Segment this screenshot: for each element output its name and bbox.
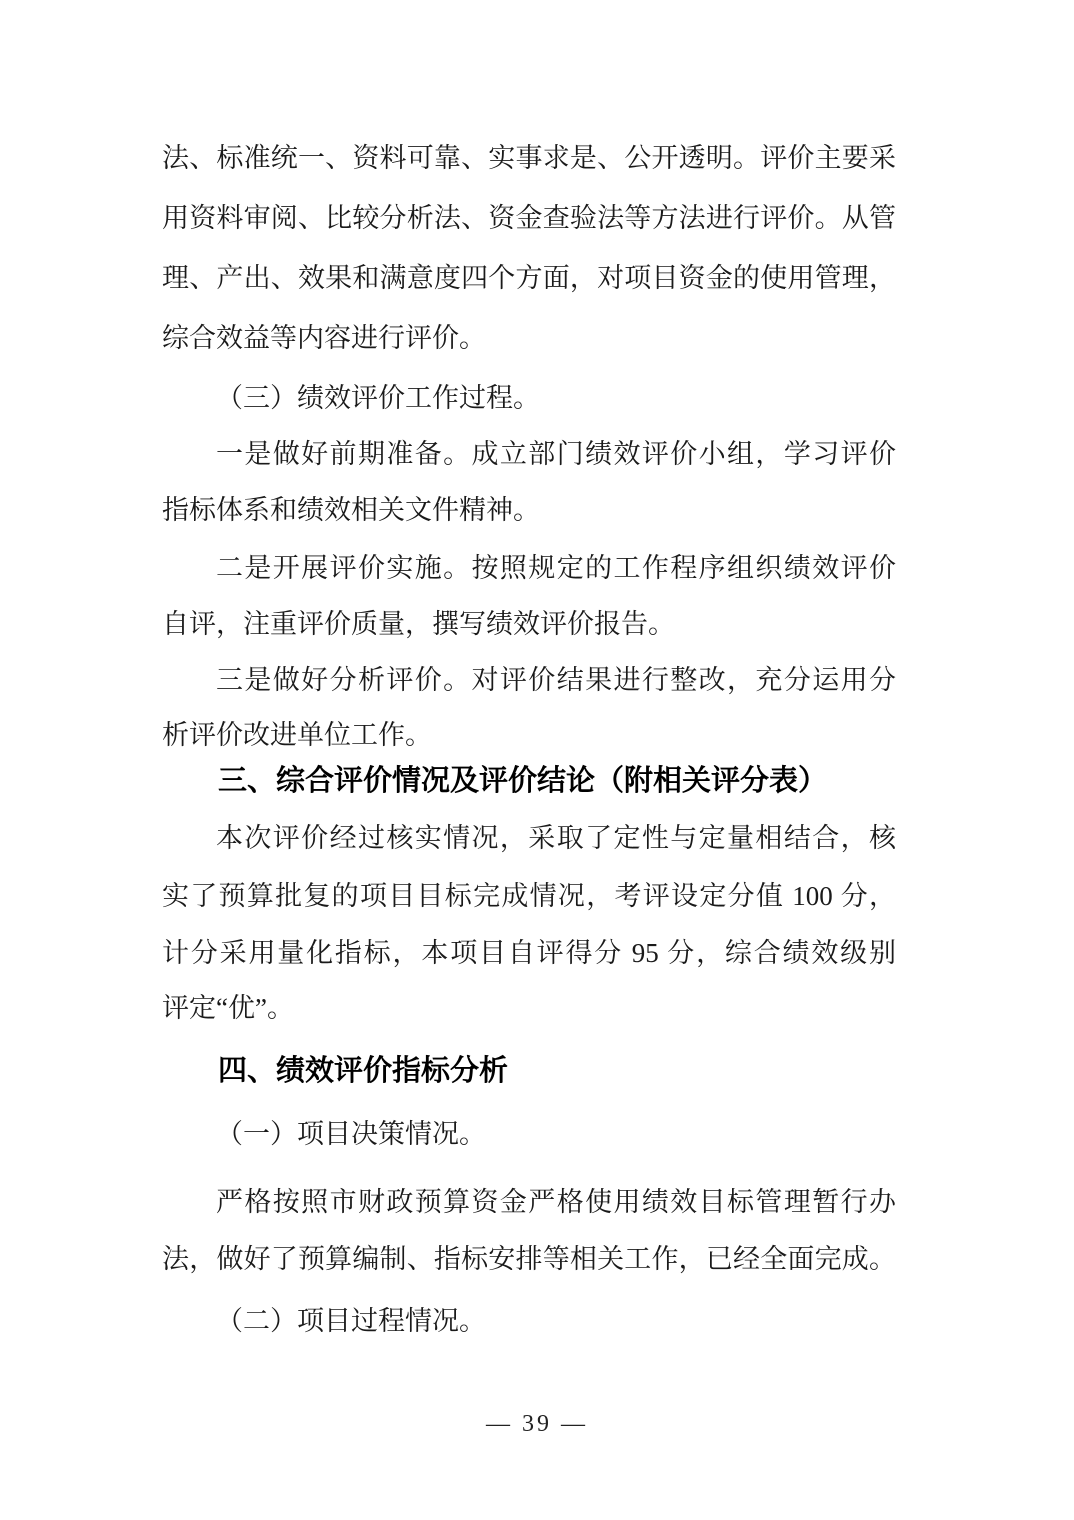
body-line: 理、产出、效果和满意度四个方面，对项目资金的使用管理， (162, 258, 896, 298)
section-heading-3: 三、综合评价情况及评价结论（附相关评分表） (162, 760, 896, 802)
body-line: 实了预算批复的项目目标完成情况，考评设定分值 100 分， (162, 876, 896, 916)
body-line: 一是做好前期准备。成立部门绩效评价小组，学习评价 (162, 434, 896, 474)
body-line: 计分采用量化指标，本项目自评得分 95 分，综合绩效级别 (162, 933, 896, 973)
body-line: 二是开展评价实施。按照规定的工作程序组织绩效评价 (162, 548, 896, 588)
body-line: 法、标准统一、资料可靠、实事求是、公开透明。评价主要采 (162, 138, 896, 178)
body-line: 用资料审阅、比较分析法、资金查验法等方法进行评价。从管 (162, 198, 896, 238)
body-line: 综合效益等内容进行评价。 (162, 318, 896, 358)
body-line: 法，做好了预算编制、指标安排等相关工作，已经全面完成。 (162, 1239, 896, 1279)
body-line: （一）项目决策情况。 (162, 1114, 896, 1154)
body-line: （二）项目过程情况。 (162, 1301, 896, 1341)
body-line: （三）绩效评价工作过程。 (162, 378, 896, 418)
page-number: — 39 — (0, 1408, 1074, 1440)
body-line: 三是做好分析评价。对评价结果进行整改，充分运用分 (162, 660, 896, 700)
body-line: 评定“优”。 (162, 988, 896, 1028)
body-line: 严格按照市财政预算资金严格使用绩效目标管理暂行办 (162, 1182, 896, 1222)
document-page: 法、标准统一、资料可靠、实事求是、公开透明。评价主要采 用资料审阅、比较分析法、… (0, 0, 1074, 1520)
body-line: 自评，注重评价质量，撰写绩效评价报告。 (162, 604, 896, 644)
body-line: 本次评价经过核实情况，采取了定性与定量相结合，核 (162, 818, 896, 858)
body-line: 指标体系和绩效相关文件精神。 (162, 490, 896, 530)
section-heading-4: 四、绩效评价指标分析 (162, 1050, 896, 1092)
body-line: 析评价改进单位工作。 (162, 715, 896, 755)
